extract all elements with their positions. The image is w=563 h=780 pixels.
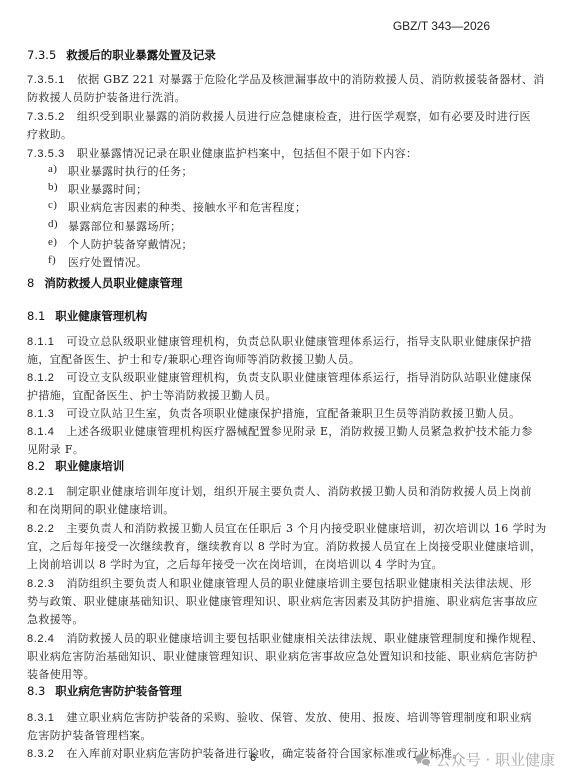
section-heading-7-3-5: 7.3.5救援后的职业暴露处置及记录 xyxy=(27,47,216,63)
clause-8-2-4: 8.2.4消防救援人员的职业健康培训主要包括职业健康相关法律法规、职业健康管理制… xyxy=(27,630,543,646)
list-text: 暴露部位和暴露场所； xyxy=(68,218,182,234)
clause-8-2-3-cont: 急救援等。 xyxy=(27,611,84,627)
clause-text: 上述各级职业健康管理机构医疗器械配置参见附录 E，消防救援卫勤人员紧急救护技术能… xyxy=(66,425,532,438)
clause-number: 8.2.4 xyxy=(27,633,54,645)
section-number: 8.3 xyxy=(27,684,45,698)
clause-number: 8.1.4 xyxy=(27,426,54,438)
clause-text: 制定职业健康培训年度计划，组织开展主要负责人、消防救援卫勤人员和消防救援人员上岗… xyxy=(66,485,531,498)
chapter-heading-8: 8消防救援人员职业健康管理 xyxy=(27,275,182,291)
clause-8-1-2-cont: 护措施，宜配备医生、护士等消防救援卫勤人员。 xyxy=(27,387,277,403)
clause-8-2-1-cont: 和在岗期间的职业健康培训。 xyxy=(27,501,175,517)
page-number: 6 xyxy=(250,752,256,764)
section-number: 7.3.5 xyxy=(27,48,56,62)
watermark: 公众号 · 职业健康 xyxy=(415,749,555,770)
clause-7-3-5-2-cont: 疗救助。 xyxy=(27,126,72,142)
section-heading-8-3: 8.3职业病危害防护装备管理 xyxy=(27,683,182,699)
wechat-icon xyxy=(415,753,431,767)
clause-8-1-3: 8.1.3可设立队站卫生室，负责各项职业健康保护措施，宜配备兼职卫生员等消防救援… xyxy=(27,405,520,421)
list-marker: f) xyxy=(48,254,56,266)
clause-8-2-4-cont: 职业病危害防治基础知识、职业健康管理知识、职业病危害事故应急处置知识和技能、职业… xyxy=(27,648,538,664)
clause-number: 8.3.2 xyxy=(27,748,54,760)
clause-8-1-4-cont: 见附录 F。 xyxy=(27,441,84,457)
clause-number: 8.1.1 xyxy=(27,336,54,348)
clause-8-2-2: 8.2.2主要负责人和消防救援卫勤人员宜在任职后 3 个月内接受职业健康培训，初… xyxy=(27,520,547,536)
section-number: 8.2 xyxy=(27,459,45,473)
list-marker: c) xyxy=(48,199,57,211)
list-text: 职业暴露时间； xyxy=(68,181,147,197)
section-heading-8-1: 8.1职业健康管理机构 xyxy=(27,308,147,324)
clause-text: 组织受到职业暴露的消防救援人员进行应急健康检查，进行医学观察，如有必要及时进行医 xyxy=(77,110,531,123)
clause-text: 可设立总队级职业健康管理机构，负责总队职业健康管理体系运行，指导支队职业健康保护… xyxy=(66,335,531,348)
clause-7-3-5-2: 7.3.5.2组织受到职业暴露的消防救援人员进行应急健康检查，进行医学观察，如有… xyxy=(27,108,531,124)
section-heading-8-2: 8.2职业健康培训 xyxy=(27,458,124,474)
watermark-text: 公众号 · 职业健康 xyxy=(436,749,555,770)
clause-text: 可设立队站卫生室，负责各项职业健康保护措施，宜配备兼职卫生员等消防救援卫勤人员。 xyxy=(66,407,520,420)
clause-8-3-1: 8.3.1建立职业病危害防护装备的采购、验收、保管、发放、使用、报废、培训等管理… xyxy=(27,709,532,725)
clause-8-1-1-cont: 施，宜配备医生、护士和专/兼职心理咨询师等消防救援卫勤人员。 xyxy=(27,351,360,367)
clause-8-2-1: 8.2.1制定职业健康培训年度计划，组织开展主要负责人、消防救援卫勤人员和消防救… xyxy=(27,483,532,499)
clause-text: 消防组织主要负责人和职业健康管理人员的职业健康培训主要包括职业健康相关法律法规、… xyxy=(66,577,531,590)
chapter-number: 8 xyxy=(27,276,34,290)
list-marker: d) xyxy=(48,218,58,230)
list-text: 职业病危害因素的种类、接触水平和危害程度； xyxy=(68,199,306,215)
clause-8-1-4: 8.1.4上述各级职业健康管理机构医疗器械配置参见附录 E，消防救援卫勤人员紧急… xyxy=(27,423,533,439)
clause-8-3-1-cont: 危害防护装备管理档案。 xyxy=(27,727,152,743)
clause-8-2-3-cont: 势与政策、职业健康基础知识、职业健康管理知识、职业病危害因素及其防护措施、职业病… xyxy=(27,593,538,609)
list-marker: b) xyxy=(48,181,58,193)
clause-8-2-4-cont: 装备使用等。 xyxy=(27,666,95,682)
clause-8-3-2: 8.3.2在入库前对职业病危害防护装备进行验收，确定装备符合国家标准或行业标准。 xyxy=(27,745,464,761)
section-title: 职业病危害防护装备管理 xyxy=(55,684,182,698)
list-marker: e) xyxy=(48,236,57,248)
section-title: 救援后的职业暴露处置及记录 xyxy=(66,48,216,62)
clause-text: 职业暴露情况记录在职业健康监护档案中，包括但不限于如下内容： xyxy=(77,147,418,160)
clause-number: 8.1.3 xyxy=(27,408,54,420)
list-text: 职业暴露时执行的任务； xyxy=(68,163,193,179)
clause-8-2-2-cont: 上岗前培训以 8 学时为宜，之后每年接受一次在岗培训，在岗培训以 4 学时为宜。 xyxy=(27,556,443,572)
clause-text: 消防救援人员的职业健康培训主要包括职业健康相关法律法规、职业健康管理制度和操作规… xyxy=(66,632,543,645)
clause-number: 8.2.1 xyxy=(27,486,54,498)
clause-8-1-2: 8.1.2可设立支队级职业健康管理机构，负责支队职业健康管理体系运行，指导消防队… xyxy=(27,369,532,385)
clause-number: 7.3.5.2 xyxy=(27,111,65,123)
clause-number: 7.3.5.1 xyxy=(27,74,65,86)
clause-text: 在入库前对职业病危害防护装备进行验收，确定装备符合国家标准或行业标准。 xyxy=(66,747,463,760)
clause-7-3-5-3: 7.3.5.3职业暴露情况记录在职业健康监护档案中，包括但不限于如下内容： xyxy=(27,145,417,161)
clause-8-2-3: 8.2.3消防组织主要负责人和职业健康管理人员的职业健康培训主要包括职业健康相关… xyxy=(27,575,532,591)
clause-7-3-5-1: 7.3.5.1依据 GBZ 221 对暴露于危险化学品及核泄漏事故中的消防救援人… xyxy=(27,71,545,87)
chapter-title: 消防救援人员职业健康管理 xyxy=(44,276,182,290)
clause-8-1-1: 8.1.1可设立总队级职业健康管理机构，负责总队职业健康管理体系运行，指导支队职… xyxy=(27,333,532,349)
clause-number: 8.1.2 xyxy=(27,372,54,384)
list-text: 医疗处置情况。 xyxy=(68,254,147,270)
clause-7-3-5-1-cont: 防救援人员防护装备进行洗消。 xyxy=(27,89,186,105)
standard-code: GBZ/T 343—2026 xyxy=(393,19,490,33)
clause-number: 8.2.2 xyxy=(27,523,54,535)
list-text: 个人防护装备穿戴情况； xyxy=(68,236,193,252)
section-number: 8.1 xyxy=(27,309,45,323)
clause-text: 可设立支队级职业健康管理机构，负责支队职业健康管理体系运行，指导消防队站职业健康… xyxy=(66,371,531,384)
clause-text: 建立职业病危害防护装备的采购、验收、保管、发放、使用、报废、培训等管理制度和职业… xyxy=(66,711,531,724)
clause-text: 主要负责人和消防救援卫勤人员宜在任职后 3 个月内接受职业健康培训，初次培训以 … xyxy=(66,522,546,535)
clause-text: 依据 GBZ 221 对暴露于危险化学品及核泄漏事故中的消防救援人员、消防救援装… xyxy=(77,73,545,86)
clause-number: 8.2.3 xyxy=(27,578,54,590)
section-title: 职业健康培训 xyxy=(55,459,124,473)
list-marker: a) xyxy=(48,163,57,175)
clause-number: 8.3.1 xyxy=(27,712,54,724)
clause-number: 7.3.5.3 xyxy=(27,148,65,160)
clause-8-2-2-cont: 宜，之后每年接受一次继续教育，继续教育以 8 学时为宜。消防救援人员宜在上岗接受… xyxy=(27,538,541,554)
section-title: 职业健康管理机构 xyxy=(55,309,147,323)
